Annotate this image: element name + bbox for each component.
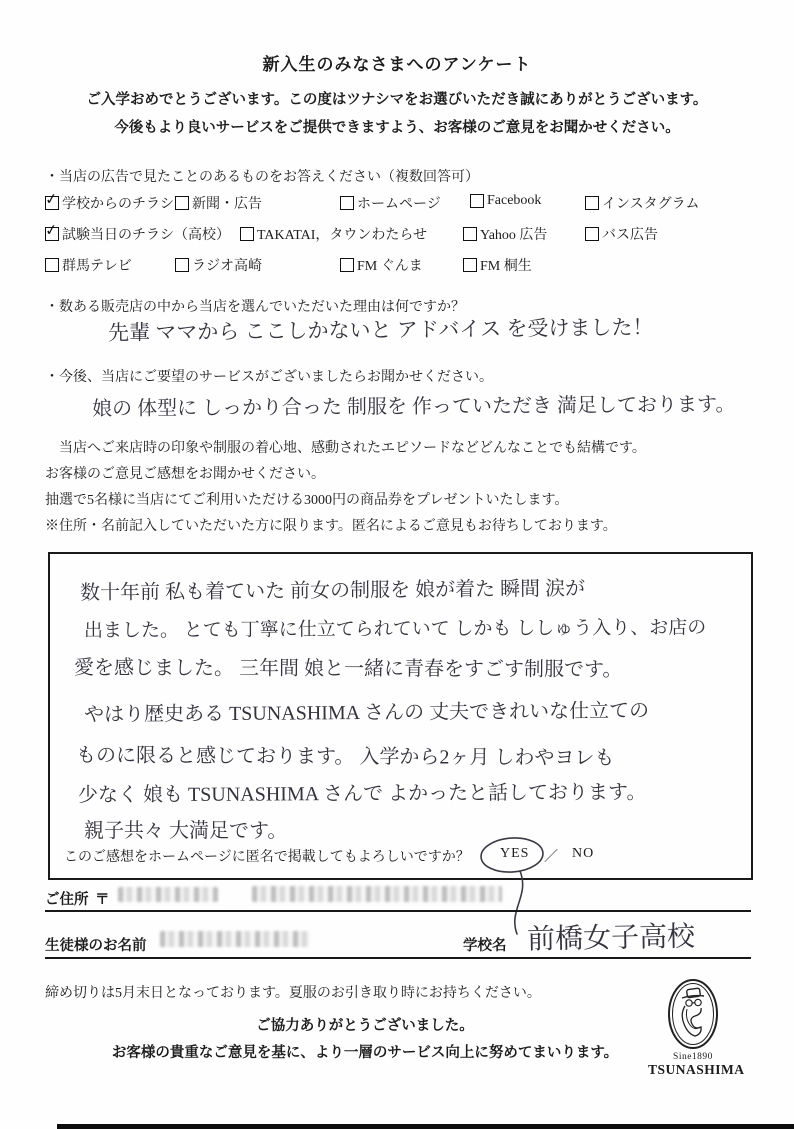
deadline-note: 締め切りは5月末日となっております。夏服のお引き取り時にお持ちください。 [45,982,541,1002]
checkbox-icon: ✓ [175,196,189,210]
comment-line: 親子共々 大満足です。 [84,814,287,843]
comment-line: ものに限ると感じております。 入学から2ヶ月 しわやヨレも [76,739,615,771]
comment-line: 少なく 娘も TSUNASHIMA さんで よかったと話しております。 [78,776,647,808]
checkbox-label: 試験当日のチラシ（高校） [62,224,230,244]
checkbox-icon: ✓ [240,227,254,241]
tsunashima-logo: Sine1890 TSUNASHIMA [648,978,738,1078]
checkbox-label: 新聞・広告 [192,193,262,213]
feedback-intro-line-2: お客様のご意見ご感想をお聞かせください。 [45,463,325,483]
checkbox-icon: ✓ [45,227,59,241]
checkbox-icon: ✓ [585,196,599,210]
checkbox-instagram: ✓インスタグラム [585,193,699,213]
page-title: 新入生のみなさまへのアンケート [0,50,794,75]
comment-line: 愛を感じました。 三年間 娘と一緒に青春をすごす制服です。 [74,651,623,682]
request-answer-handwriting: 娘の 体型に しっかり合った 制服を 作っていただき 満足しております。 [92,388,736,421]
checkbox-icon: ✓ [45,258,59,272]
address-redacted-1 [118,887,218,902]
checkbox-icon: ✓ [463,258,477,272]
checkbox-exam-day-flyer: ✓試験当日のチラシ（高校） [45,224,230,244]
feedback-intro-line-4: ※住所・名前記入していただいた方に限ります。匿名によるご意見もお待ちしております… [45,515,617,535]
comment-box: 数十年前 私も着ていた 前女の制服を 娘が着た 瞬間 涙が 出ました。 とても丁… [48,552,753,880]
feedback-intro-line-3: 抽選で5名様に当店にてご利用いただける3000円の商品券をプレゼントいたします。 [45,489,568,509]
postal-mark: 〒 [95,888,110,909]
address-redacted-2 [252,886,502,902]
checkbox-label: FM ぐんま [357,255,423,275]
feedback-intro-line-1: 当店へご来店時の印象や制服の着心地、感動されたエピソードなどどんなことでも結構で… [45,437,646,457]
comment-line: 出ました。 とても丁寧に仕立てられていて しかも ししゅう入り、お店の [84,612,706,642]
reason-answer-handwriting: 先輩 ママから ここしかないと アドバイス を受けました！ [108,311,654,347]
checkbox-label: Yahoo 広告 [480,224,547,244]
checkbox-label: ホームページ [357,193,441,213]
intro-line-1: ご入学おめでとうございます。この度はツナシマをお選びいただき誠にありがとうござい… [0,88,794,109]
checkbox-label: 学校からのチラシ [62,193,174,213]
logo-since-text: Sine1890 [648,1052,738,1062]
publish-option-slash: ／ [544,846,558,866]
publish-question-label: このご感想をホームページに匿名で掲載してもよろしいですか？ [64,846,470,866]
intro-line-2: 今後もより良いサービスをご提供できますよう、お客様のご意見をお聞かせください。 [0,116,794,137]
tailor-emblem-icon [665,978,721,1050]
checkbox-yahoo-ad: ✓Yahoo 広告 [463,224,547,244]
checkbox-label: バス広告 [602,224,658,244]
checkbox-icon: ✓ [470,194,484,208]
checkbox-facebook: ✓Facebook [470,193,541,209]
student-name-label: 生徒様のお名前 [45,934,147,955]
checkbox-label: ラジオ高崎 [192,255,262,275]
checkbox-school-flyer: ✓学校からのチラシ [45,193,174,213]
checkbox-label: インスタグラム [602,193,699,213]
checkbox-icon: ✓ [585,227,599,241]
checkbox-gunma-tv: ✓群馬テレビ [45,255,132,275]
school-name-label: 学校名 [463,934,507,955]
checkbox-icon: ✓ [340,196,354,210]
checkmark-icon: ✓ [44,189,59,209]
student-name-redacted [160,931,310,947]
checkbox-fm-gunma: ✓FM ぐんま [340,255,423,275]
checkbox-label: 群馬テレビ [62,255,132,275]
publish-option-yes: YES [500,846,529,862]
request-question-label: ・今後、当店にご要望のサービスがございましたらお聞かせください。 [45,366,493,386]
school-name-handwriting: 前橋女子高校 [527,915,696,958]
checkbox-label: FM 桐生 [480,255,532,275]
checkbox-homepage: ✓ホームページ [340,193,441,213]
closing-line: お客様の貴重なご意見を基に、より一層のサービス向上に努めてまいります。 [45,1041,685,1062]
checkmark-icon: ✓ [44,220,59,240]
logo-name-text: TSUNASHIMA [648,1062,738,1078]
scan-artifact-bar [57,1124,794,1129]
checkbox-fm-kiryu: ✓FM 桐生 [463,255,532,275]
checkbox-icon: ✓ [340,258,354,272]
survey-document: 新入生のみなさまへのアンケート ご入学おめでとうございます。この度はツナシマをお… [0,0,794,1129]
ad-question-label: ・当店の広告で見たことのあるものをお答えください（複数回答可） [45,166,479,186]
checkbox-label: Facebook [487,193,541,209]
checkbox-icon: ✓ [45,196,59,210]
address-label: ご住所 [45,888,89,909]
checkbox-bus-ad: ✓バス広告 [585,224,658,244]
comment-line: 数十年前 私も着ていた 前女の制服を 娘が着た 瞬間 涙が [80,572,585,605]
checkbox-newspaper: ✓新聞・広告 [175,193,262,213]
address-underline [45,910,751,912]
comment-line: やはり歴史ある TSUNASHIMA さんの 丈夫できれいな仕立ての [84,694,649,727]
checkbox-radio-takasaki: ✓ラジオ高崎 [175,255,262,275]
checkbox-label: TAKATAI，タウンわたらせ [257,224,427,244]
checkbox-takatai: ✓TAKATAI，タウンわたらせ [240,224,427,244]
publish-option-no: NO [572,846,594,862]
checkbox-icon: ✓ [175,258,189,272]
name-underline [45,957,751,959]
thanks-line: ご協力ありがとうございました。 [45,1014,685,1035]
checkbox-icon: ✓ [463,227,477,241]
